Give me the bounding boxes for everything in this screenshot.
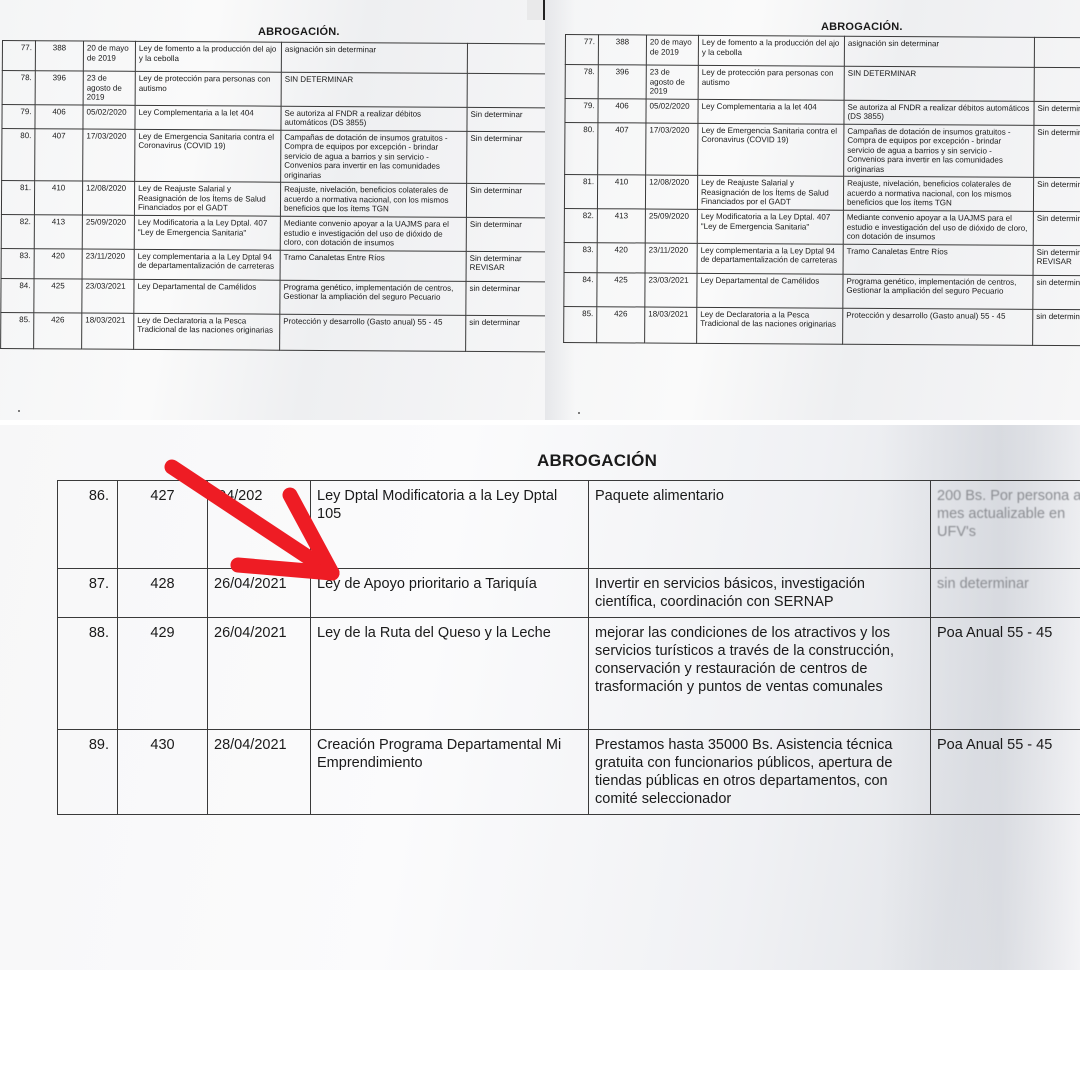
law-description: Prestamos hasta 35000 Bs. Asistencia téc… (589, 730, 931, 815)
law-date: 12/08/2020 (645, 175, 697, 209)
law-number: 426 (597, 306, 645, 342)
law-budget (467, 43, 545, 74)
law-budget (1034, 67, 1080, 101)
row-number: 87. (58, 569, 118, 618)
law-description: Se autoriza al FNDR a realizar débitos a… (281, 106, 467, 131)
law-budget: sin determinar (466, 315, 545, 352)
law-budget: 200 Bs. Por persona al mes actualizable … (931, 481, 1080, 569)
law-description: Protección y desarrollo (Gasto anual) 55… (843, 308, 1033, 345)
law-number: 413 (34, 215, 82, 249)
law-date: 23/03/2021 (82, 278, 134, 312)
row-number: 78. (565, 65, 598, 99)
law-name: Ley de Declaratoria a la Pesca Tradicion… (697, 307, 843, 344)
document-title: ABROGACIÓN. (258, 26, 340, 38)
table-row: 81.41012/08/2020Ley de Reajuste Salarial… (1, 181, 545, 218)
law-description: Tramo Canaletas Entre Ríos (280, 250, 466, 281)
law-date: 26/04/2021 (208, 569, 311, 618)
law-number: 430 (118, 730, 208, 815)
law-description: mejorar las condiciones de los atractivo… (589, 618, 931, 730)
table-row: 82.41325/09/2020Ley Modificatoria a la L… (1, 214, 545, 251)
law-description: asignación sin determinar (844, 36, 1034, 67)
law-name: Creación Programa Departamental Mi Empre… (311, 730, 589, 815)
law-description: Paquete alimentario (589, 481, 931, 569)
law-description: Mediante convenio apoyar a la UAJMS para… (280, 216, 466, 251)
law-name: Ley de protección para personas con auti… (698, 65, 844, 99)
law-budget: sin determinar (1033, 309, 1080, 345)
law-name: Ley de fomento a la producción del ajo y… (698, 35, 844, 66)
table-row: 78.39623 de agosto de 2019Ley de protecc… (2, 71, 545, 108)
law-budget: sin determinar (1033, 275, 1080, 309)
law-name: Ley Modificatoria a la Ley Dptal. 407 "L… (134, 215, 280, 249)
table-body: 77.38820 de mayo de 2019Ley de fomento a… (1, 41, 545, 352)
scan-page-top-right: ABROGACIÓN. 77.38820 de mayo de 2019Ley … (545, 0, 1080, 420)
table-row: 81.41012/08/2020Ley de Reajuste Salarial… (564, 175, 1080, 212)
law-number: 406 (598, 98, 646, 122)
law-name: Ley de Emergencia Sanitaria contra el Co… (698, 123, 844, 176)
law-name: Ley Departamental de Camélidos (134, 279, 280, 314)
row-number: 82. (564, 208, 597, 242)
law-budget: Sin determinar (1034, 101, 1080, 125)
law-description: Campañas de dotación de insumos gratuito… (281, 130, 467, 184)
table-row: 77.38820 de mayo de 2019Ley de fomento a… (565, 35, 1080, 68)
law-date: 23 de agosto de 2019 (646, 65, 698, 99)
law-budget (467, 73, 545, 107)
law-date: 20 de mayo de 2019 (646, 35, 698, 65)
law-number: 406 (35, 104, 83, 128)
table-row: 78.39623 de agosto de 2019Ley de protecc… (565, 65, 1080, 102)
law-date: 23/11/2020 (82, 248, 134, 278)
row-number: 81. (564, 175, 597, 209)
law-name: Ley complementaria a la Ley Dptal 94 de … (697, 243, 843, 274)
law-budget: Sin determinar REVISAR (1033, 245, 1080, 275)
scan-speck (18, 410, 20, 412)
abrogation-table: 77.38820 de mayo de 2019Ley de fomento a… (0, 40, 545, 352)
law-date: /04/202 (208, 481, 311, 569)
law-date: 17/03/2020 (646, 122, 698, 175)
law-number: 407 (598, 122, 646, 175)
table-row: 77.38820 de mayo de 2019Ley de fomento a… (2, 41, 545, 74)
row-number: 88. (58, 618, 118, 730)
law-description: Reajuste, nivelación, beneficios colater… (280, 182, 466, 217)
law-budget: sin determinar (931, 569, 1080, 618)
law-description: Programa genético, implementación de cen… (843, 274, 1033, 309)
law-description: Campañas de dotación de insumos gratuito… (844, 124, 1034, 178)
scan-page-bottom: ABROGACIÓN 86.427/04/202Ley Dptal Modifi… (0, 425, 1080, 970)
row-number: 84. (1, 278, 34, 312)
law-description: Programa genético, implementación de cen… (280, 280, 466, 315)
table-row: 80.40717/03/2020Ley de Emergencia Sanita… (565, 122, 1080, 178)
law-name: Ley de Apoyo prioritario a Tariquía (311, 569, 589, 618)
law-description: Mediante convenio apoyar a la UAJMS para… (843, 210, 1033, 245)
law-name: Ley complementaria a la Ley Dptal 94 de … (134, 249, 280, 280)
row-number: 77. (565, 35, 598, 65)
abrogation-table-detail: 86.427/04/202Ley Dptal Modificatoria a l… (57, 480, 1080, 815)
law-budget (1034, 37, 1080, 67)
table-row: 86.427/04/202Ley Dptal Modificatoria a l… (58, 481, 1080, 569)
row-number: 81. (1, 181, 34, 215)
law-description: asignación sin determinar (281, 42, 467, 73)
row-number: 80. (2, 128, 35, 181)
law-number: 388 (35, 41, 83, 71)
table-row: 79.40605/02/2020Ley Complementaria a la … (565, 98, 1080, 125)
law-date: 18/03/2021 (645, 306, 697, 342)
law-name: Ley Dptal Modificatoria a la Ley Dptal 1… (311, 481, 589, 569)
law-budget: Sin determinar (1034, 125, 1080, 178)
law-budget: Sin determinar (467, 131, 545, 184)
row-number: 85. (564, 306, 597, 342)
table-row: 84.42523/03/2021Ley Departamental de Cam… (1, 278, 545, 315)
row-number: 77. (2, 41, 35, 71)
law-budget: Poa Anual 55 - 45 (931, 618, 1080, 730)
law-number: 429 (118, 618, 208, 730)
law-budget: Sin determinar (466, 217, 545, 251)
table-body: 86.427/04/202Ley Dptal Modificatoria a l… (58, 481, 1080, 815)
law-description: Reajuste, nivelación, beneficios colater… (843, 176, 1033, 211)
law-number: 396 (35, 71, 83, 105)
law-number: 413 (597, 209, 645, 243)
row-number: 83. (564, 242, 597, 272)
law-number: 410 (34, 181, 82, 215)
law-name: Ley Modificatoria a la Ley Dptal. 407 "L… (697, 209, 843, 243)
law-date: 05/02/2020 (83, 104, 135, 128)
row-number: 86. (58, 481, 118, 569)
law-date: 28/04/2021 (208, 730, 311, 815)
law-budget: sin determinar (466, 281, 545, 316)
page-edge-shadow (527, 0, 545, 20)
law-description: Invertir en servicios básicos, investiga… (589, 569, 931, 618)
row-number: 79. (2, 104, 35, 128)
row-number: 89. (58, 730, 118, 815)
law-budget: Poa Anual 55 - 45 (931, 730, 1080, 815)
law-date: 20 de mayo de 2019 (83, 41, 135, 71)
law-name: Ley de Declaratoria a la Pesca Tradicion… (134, 313, 280, 350)
law-name: Ley Departamental de Camélidos (697, 273, 843, 308)
row-number: 82. (1, 214, 34, 248)
row-number: 85. (1, 312, 34, 348)
row-number: 78. (2, 71, 35, 105)
law-date: 25/09/2020 (645, 209, 697, 243)
law-date: 23/11/2020 (645, 242, 697, 272)
law-name: Ley de Reajuste Salarial y Reasignación … (697, 175, 843, 210)
document-title: ABROGACIÓN. (821, 21, 903, 33)
law-date: 18/03/2021 (82, 312, 134, 348)
row-number: 79. (565, 98, 598, 122)
law-budget: Sin determinar (466, 183, 545, 218)
law-number: 410 (597, 175, 645, 209)
document-title: ABROGACIÓN (537, 451, 657, 471)
table-row: 87.42826/04/2021Ley de Apoyo prioritario… (58, 569, 1080, 618)
law-description: Se autoriza al FNDR a realizar débitos a… (844, 100, 1034, 125)
law-name: Ley Complementaria a la let 404 (698, 99, 844, 124)
law-number: 420 (597, 242, 645, 272)
row-number: 80. (565, 122, 598, 175)
law-date: 23 de agosto de 2019 (83, 71, 135, 105)
row-number: 84. (564, 272, 597, 306)
law-budget: Sin determinar REVISAR (466, 251, 545, 282)
law-description: Tramo Canaletas Entre Ríos (843, 244, 1033, 275)
law-name: Ley de Reajuste Salarial y Reasignación … (134, 181, 280, 216)
row-number: 83. (1, 248, 34, 278)
table-body: 77.38820 de mayo de 2019Ley de fomento a… (564, 35, 1080, 346)
law-number: 425 (597, 272, 645, 306)
law-number: 420 (34, 248, 82, 278)
law-name: Ley de protección para personas con auti… (135, 71, 281, 105)
table-row: 82.41325/09/2020Ley Modificatoria a la L… (564, 208, 1080, 245)
law-budget: Sin determinar (467, 107, 545, 132)
law-budget: Sin determinar (1033, 211, 1080, 245)
table-row: 88.42926/04/2021Ley de la Ruta del Queso… (58, 618, 1080, 730)
scan-page-top-left: ABROGACIÓN. 77.38820 de mayo de 2019Ley … (0, 0, 545, 420)
abrogation-table: 77.38820 de mayo de 2019Ley de fomento a… (563, 34, 1080, 346)
law-name: Ley de la Ruta del Queso y la Leche (311, 618, 589, 730)
law-number: 428 (118, 569, 208, 618)
law-number: 427 (118, 481, 208, 569)
law-date: 17/03/2020 (83, 128, 135, 181)
law-name: Ley de Emergencia Sanitaria contra el Co… (135, 129, 281, 182)
law-number: 407 (35, 128, 83, 181)
table-row: 80.40717/03/2020Ley de Emergencia Sanita… (2, 128, 545, 184)
law-description: SIN DETERMINAR (281, 72, 467, 107)
law-date: 26/04/2021 (208, 618, 311, 730)
table-row: 85.42618/03/2021Ley de Declaratoria a la… (564, 306, 1080, 345)
table-row: 79.40605/02/2020Ley Complementaria a la … (2, 104, 545, 131)
table-row: 89.43028/04/2021Creación Programa Depart… (58, 730, 1080, 815)
law-budget: Sin determinar (1033, 177, 1080, 211)
law-number: 426 (34, 312, 82, 348)
law-number: 388 (598, 35, 646, 65)
law-date: 05/02/2020 (646, 98, 698, 122)
table-row: 84.42523/03/2021Ley Departamental de Cam… (564, 272, 1080, 309)
law-date: 12/08/2020 (82, 181, 134, 215)
law-name: Ley de fomento a la producción del ajo y… (135, 41, 281, 72)
law-number: 425 (34, 278, 82, 312)
law-description: Protección y desarrollo (Gasto anual) 55… (280, 314, 466, 351)
law-date: 23/03/2021 (645, 272, 697, 306)
table-row: 85.42618/03/2021Ley de Declaratoria a la… (1, 312, 545, 351)
law-name: Ley Complementaria a la let 404 (135, 105, 281, 130)
table-row: 83.42023/11/2020Ley complementaria a la … (1, 248, 545, 281)
scan-speck (578, 412, 580, 414)
law-number: 396 (598, 65, 646, 99)
table-row: 83.42023/11/2020Ley complementaria a la … (564, 242, 1080, 275)
law-description: SIN DETERMINAR (844, 66, 1034, 101)
law-date: 25/09/2020 (82, 215, 134, 249)
